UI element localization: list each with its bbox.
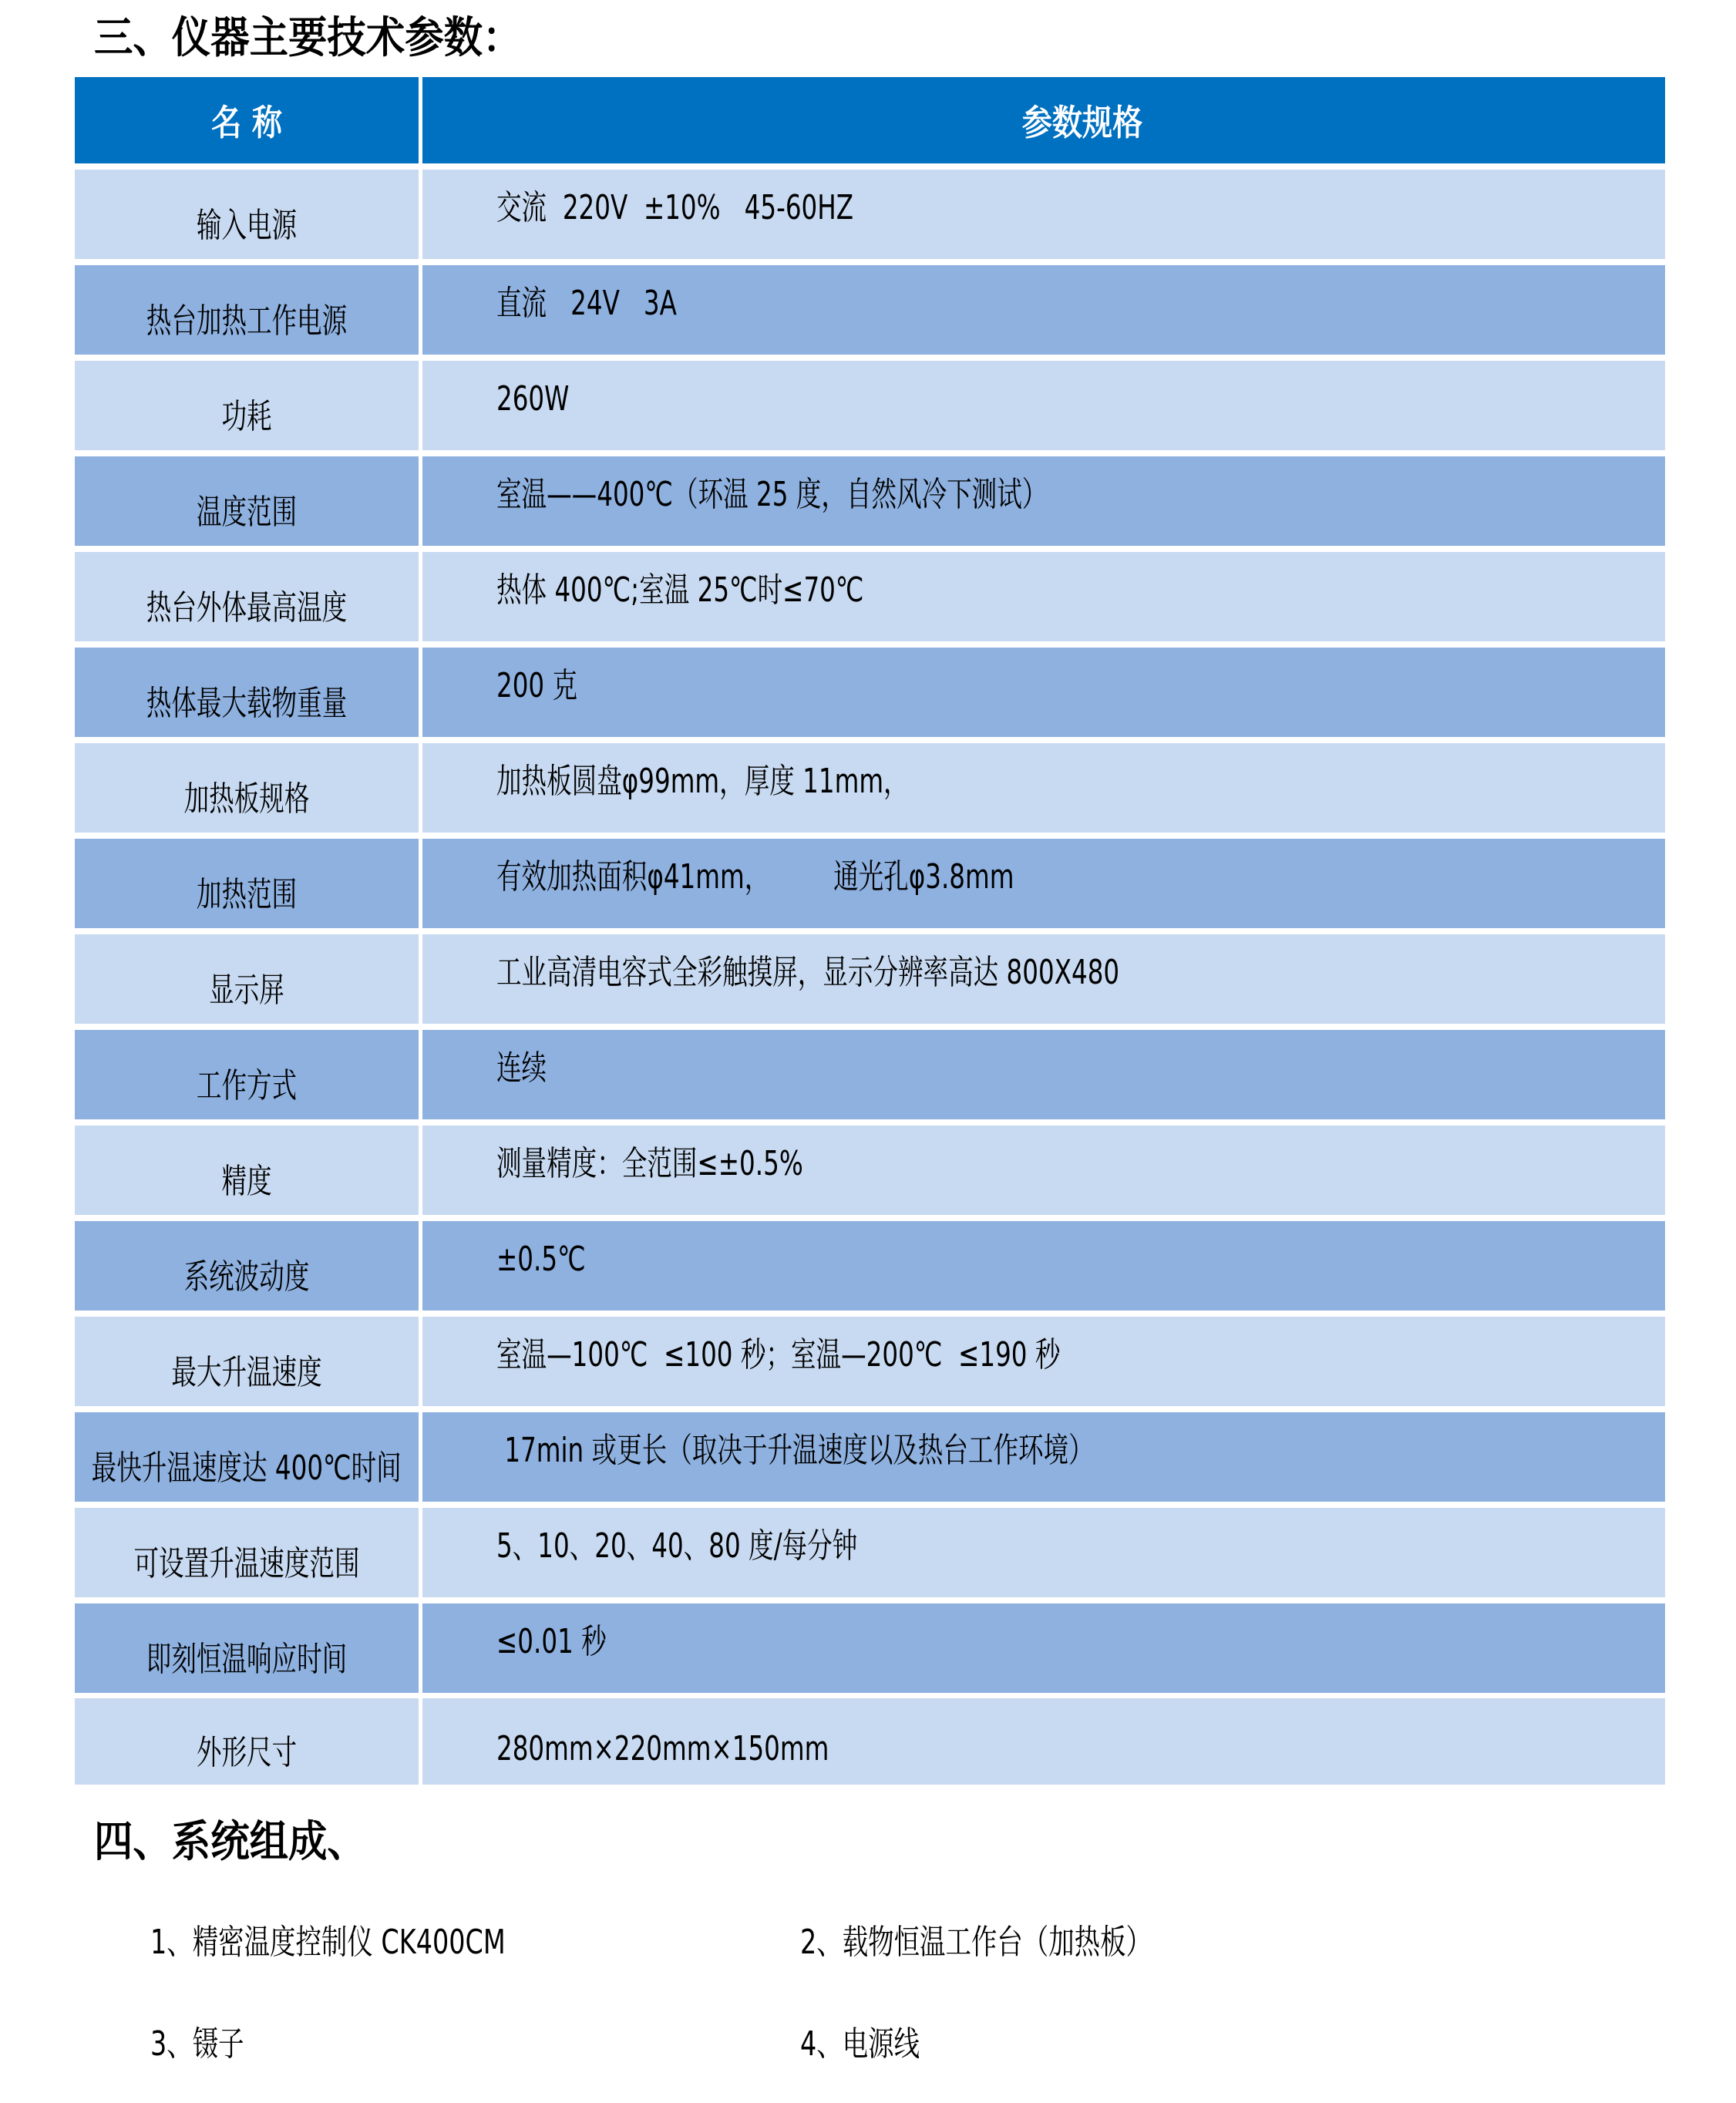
- row-name-cell: 热台外体最高温度: [75, 552, 419, 641]
- row-value: 连续: [496, 1048, 547, 1089]
- section-title-text: 三、仪器主要技术参数：: [94, 15, 521, 62]
- section-title-specs: 三、仪器主要技术参数：: [94, 15, 569, 62]
- row-value: 室温——400℃（环温 25 度，自然风冷下测试）: [496, 475, 1047, 515]
- row-value: 280mm×220mm×150mm: [496, 1729, 829, 1769]
- row-name-cell: 加热板规格: [75, 743, 419, 833]
- row-value: ±0.5℃: [496, 1240, 586, 1280]
- header-spec: 参数规格: [422, 77, 1665, 163]
- table-row: 工作方式 连续: [75, 1030, 1665, 1119]
- row-name: 可设置升温速度范围: [133, 1536, 359, 1585]
- row-name: 即刻恒温响应时间: [146, 1631, 347, 1681]
- row-value-cell: 热体 400℃;室温 25℃时≤70℃: [422, 552, 1665, 641]
- row-name-cell: 热体最大载物重量: [75, 648, 419, 737]
- row-value-cell: 连续: [422, 1030, 1665, 1119]
- row-name: 最大升温速度: [171, 1344, 321, 1394]
- table-row: 温度范围 室温——400℃（环温 25 度，自然风冷下测试）: [75, 456, 1665, 546]
- row-name-cell: 功耗: [75, 361, 419, 450]
- row-value-cell: 5、10、20、40、80 度/每分钟: [422, 1508, 1665, 1597]
- row-value: 5、10、20、40、80 度/每分钟: [496, 1526, 857, 1566]
- header-name-label: 名 称: [211, 95, 282, 146]
- row-value-cell: 测量精度：全范围≤±0.5%: [422, 1126, 1665, 1215]
- table-row: 加热板规格 加热板圆盘φ99mm，厚度 11mm，: [75, 743, 1665, 833]
- table-row: 可设置升温速度范围 5、10、20、40、80 度/每分钟: [75, 1508, 1665, 1597]
- component-item: 3、镊子: [150, 2024, 274, 2064]
- row-value-cell: 17min 或更长（取决于升温速度以及热台工作环境）: [422, 1412, 1665, 1502]
- row-name: 温度范围: [197, 484, 297, 533]
- row-value-cell: 室温—100℃ ≤100 秒；室温—200℃ ≤190 秒: [422, 1317, 1665, 1406]
- table-row: 即刻恒温响应时间 ≤0.01 秒: [75, 1603, 1665, 1693]
- row-name: 输入电源: [197, 197, 297, 247]
- row-name: 热台加热工作电源: [146, 293, 347, 342]
- row-value-cell: ±0.5℃: [422, 1221, 1665, 1311]
- row-value-cell: 200 克: [422, 648, 1665, 737]
- row-name-cell: 最大升温速度: [75, 1317, 419, 1406]
- row-name: 系统波动度: [184, 1249, 310, 1298]
- row-name-cell: 加热范围: [75, 839, 419, 928]
- header-spec-label: 参数规格: [1022, 95, 1142, 146]
- component-label: 2、载物恒温工作台（加热板）: [800, 1923, 1152, 1963]
- component-label: 3、镊子: [150, 2024, 244, 2064]
- row-value: 17min 或更长（取决于升温速度以及热台工作环境）: [496, 1431, 1094, 1471]
- row-value-cell: 交流 220V ±10% 45-60HZ: [422, 170, 1665, 259]
- row-value: 200 克: [496, 666, 577, 706]
- row-value: 测量精度：全范围≤±0.5%: [496, 1144, 803, 1184]
- row-name: 外形尺寸: [197, 1724, 297, 1774]
- row-name-cell: 输入电源: [75, 170, 419, 259]
- row-name: 显示屏: [209, 962, 284, 1011]
- row-value: 260W: [496, 379, 569, 419]
- row-name-cell: 热台加热工作电源: [75, 265, 419, 355]
- row-name-cell: 系统波动度: [75, 1221, 419, 1311]
- table-row: 热体最大载物重量 200 克: [75, 648, 1665, 737]
- table-row: 输入电源 交流 220V ±10% 45-60HZ: [75, 170, 1665, 259]
- row-value: 工业高清电容式全彩触摸屏，显示分辨率高达 800X480: [496, 953, 1119, 993]
- row-name: 加热板规格: [184, 771, 310, 820]
- row-name-cell: 精度: [75, 1126, 419, 1215]
- row-name-cell: 即刻恒温响应时间: [75, 1603, 419, 1693]
- row-value: 室温—100℃ ≤100 秒；室温—200℃ ≤190 秒: [496, 1335, 1060, 1375]
- row-name: 精度: [221, 1153, 271, 1203]
- component-item: 1、精密温度控制仪 CK400CM: [150, 1923, 617, 1963]
- row-name-cell: 显示屏: [75, 934, 419, 1024]
- row-name-cell: 工作方式: [75, 1030, 419, 1119]
- row-value-cell: 室温——400℃（环温 25 度，自然风冷下测试）: [422, 456, 1665, 546]
- row-value: 交流 220V ±10% 45-60HZ: [496, 188, 853, 228]
- row-value-cell: 加热板圆盘φ99mm，厚度 11mm，: [422, 743, 1665, 833]
- table-row: 最大升温速度 室温—100℃ ≤100 秒；室温—200℃ ≤190 秒: [75, 1317, 1665, 1406]
- row-name: 热体最大载物重量: [146, 675, 347, 725]
- row-value-cell: ≤0.01 秒: [422, 1603, 1665, 1693]
- row-value-cell: 有效加热面积φ41mm， 通光孔φ3.8mm: [422, 839, 1665, 928]
- row-name: 最快升温速度达 400℃时间: [92, 1440, 402, 1489]
- component-label: 1、精密温度控制仪 CK400CM: [150, 1923, 506, 1963]
- row-name-cell: 可设置升温速度范围: [75, 1508, 419, 1597]
- table-row: 加热范围 有效加热面积φ41mm， 通光孔φ3.8mm: [75, 839, 1665, 928]
- row-name: 加热范围: [197, 866, 297, 916]
- row-value: 直流 24V 3A: [496, 284, 677, 324]
- row-name: 功耗: [221, 389, 271, 438]
- table-row: 外形尺寸 280mm×220mm×150mm: [75, 1698, 1665, 1785]
- row-name: 热台外体最高温度: [146, 580, 347, 629]
- component-item: 2、载物恒温工作台（加热板）: [800, 1923, 1263, 1963]
- row-name: 工作方式: [197, 1058, 297, 1107]
- table-row: 系统波动度 ±0.5℃: [75, 1221, 1665, 1311]
- table-row: 精度 测量精度：全范围≤±0.5%: [75, 1126, 1665, 1215]
- table-row: 最快升温速度达 400℃时间 17min 或更长（取决于升温速度以及热台工作环境…: [75, 1412, 1665, 1502]
- table-row: 功耗 260W: [75, 361, 1665, 450]
- table-header-row: 名 称 参数规格: [75, 77, 1665, 163]
- header-name: 名 称: [75, 77, 419, 163]
- component-label: 4、电源线: [800, 2024, 920, 2064]
- row-value-cell: 260W: [422, 361, 1665, 450]
- row-value-cell: 直流 24V 3A: [422, 265, 1665, 355]
- section-title-text: 四、系统组成、: [94, 1819, 366, 1866]
- row-value: 热体 400℃;室温 25℃时≤70℃: [496, 570, 863, 611]
- row-value-cell: 工业高清电容式全彩触摸屏，显示分辨率高达 800X480: [422, 934, 1665, 1024]
- table-row: 热台外体最高温度 热体 400℃;室温 25℃时≤70℃: [75, 552, 1665, 641]
- table-row: 热台加热工作电源 直流 24V 3A: [75, 265, 1665, 355]
- section-title-components: 四、系统组成、: [94, 1819, 396, 1866]
- row-value: ≤0.01 秒: [496, 1622, 607, 1662]
- component-item: 4、电源线: [800, 2024, 957, 2064]
- row-value: 加热板圆盘φ99mm，厚度 11mm，: [496, 762, 909, 802]
- row-value: 有效加热面积φ41mm， 通光孔φ3.8mm: [496, 857, 1014, 897]
- row-name-cell: 温度范围: [75, 456, 419, 546]
- row-name-cell: 外形尺寸: [75, 1698, 419, 1785]
- table-row: 显示屏 工业高清电容式全彩触摸屏，显示分辨率高达 800X480: [75, 934, 1665, 1024]
- row-value-cell: 280mm×220mm×150mm: [422, 1698, 1665, 1785]
- row-name-cell: 最快升温速度达 400℃时间: [75, 1412, 419, 1502]
